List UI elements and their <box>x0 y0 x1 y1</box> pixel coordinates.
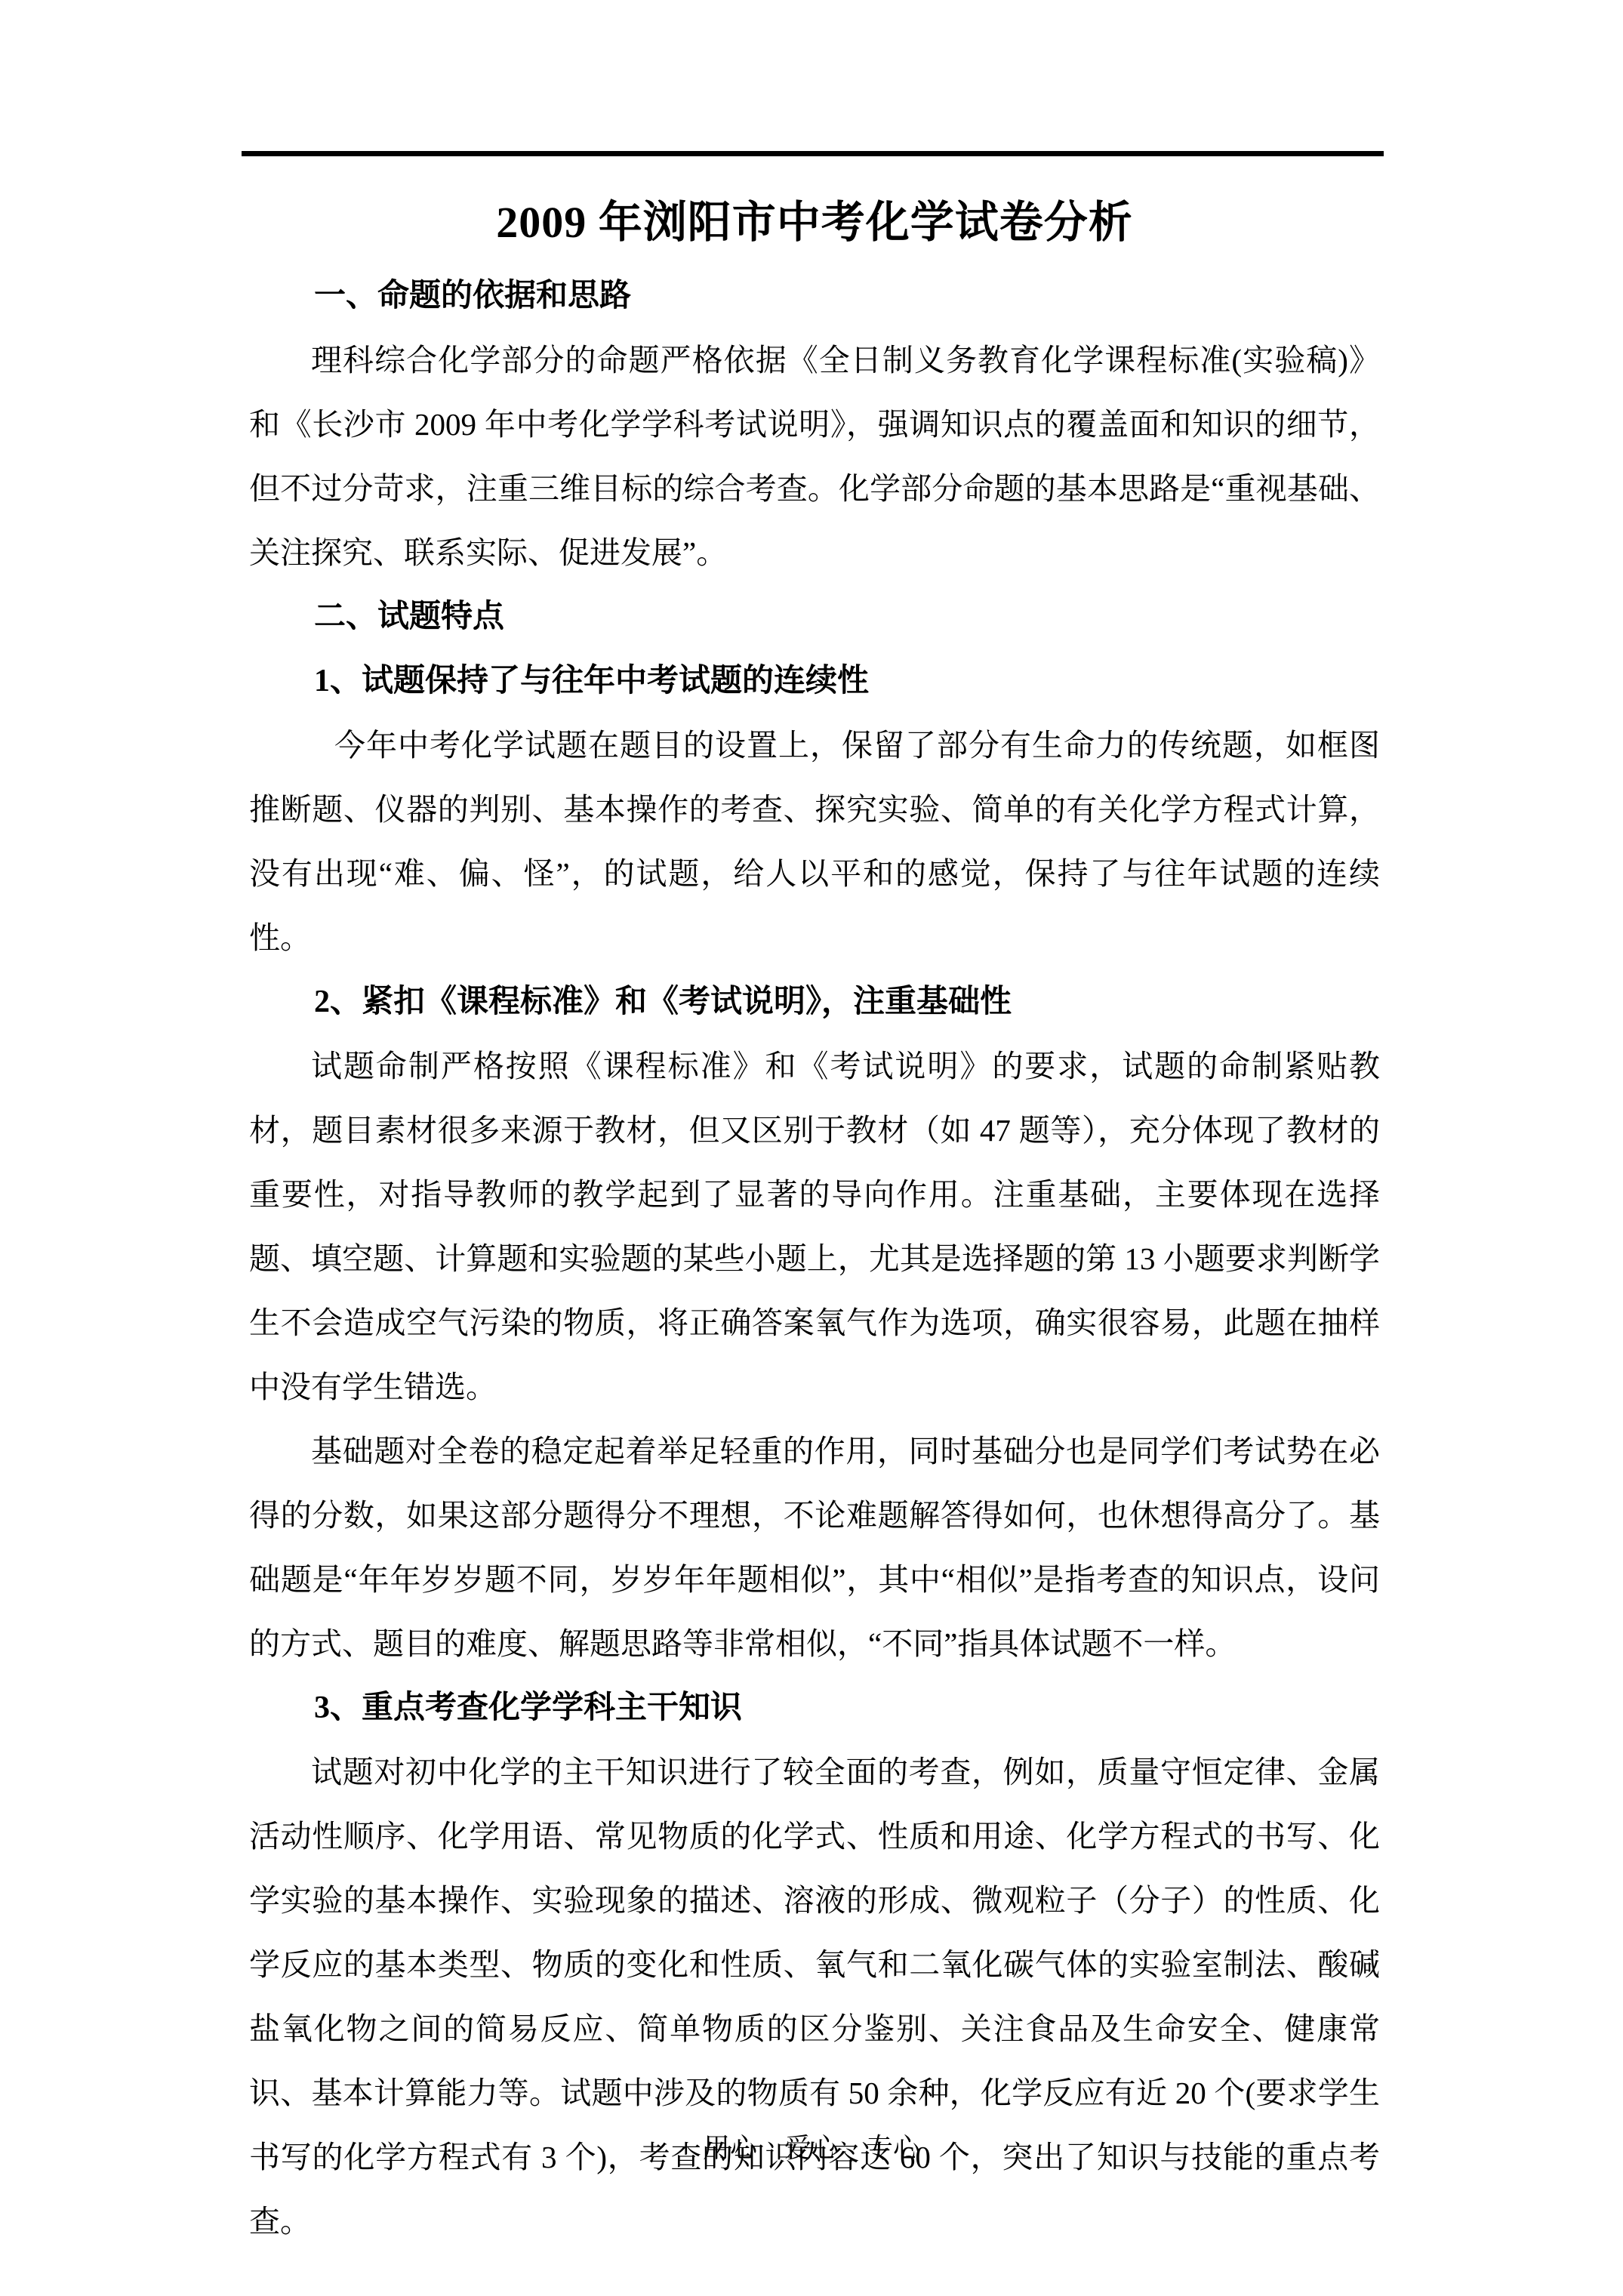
section-heading-basis: 一、命题的依据和思路 <box>249 264 1380 328</box>
sub-heading-standards: 2、紧扣《课程标准》和《考试说明》，注重基础性 <box>249 970 1380 1034</box>
document-title: 2009 年浏阳市中考化学试卷分析 <box>249 181 1380 264</box>
section-heading-features: 二、试题特点 <box>249 585 1380 649</box>
document-page: 2009 年浏阳市中考化学试卷分析 一、命题的依据和思路 理科综合化学部分的命题… <box>0 0 1623 2296</box>
paragraph-basics: 基础题对全卷的稳定起着举足轻重的作用，同时基础分也是同学们考试势在必得的分数，如… <box>249 1419 1380 1676</box>
page-footer: 用心 爱心 专心 <box>0 2114 1623 2182</box>
paragraph-continuity: 今年中考化学试题在题目的设置上，保留了部分有生命力的传统题，如框图推断题、仪器的… <box>249 713 1380 970</box>
header-rule <box>242 151 1384 156</box>
document-body: 2009 年浏阳市中考化学试卷分析 一、命题的依据和思路 理科综合化学部分的命题… <box>249 181 1380 2254</box>
sub-heading-core-knowledge: 3、重点考查化学学科主干知识 <box>249 1676 1380 1740</box>
paragraph-standards: 试题命制严格按照《课程标准》和《考试说明》的要求，试题的命制紧贴教材，题目素材很… <box>249 1034 1380 1419</box>
sub-heading-continuity: 1、试题保持了与往年中考试题的连续性 <box>249 649 1380 713</box>
paragraph-basis: 理科综合化学部分的命题严格依据《全日制义务教育化学课程标准(实验稿)》和《长沙市… <box>249 328 1380 585</box>
